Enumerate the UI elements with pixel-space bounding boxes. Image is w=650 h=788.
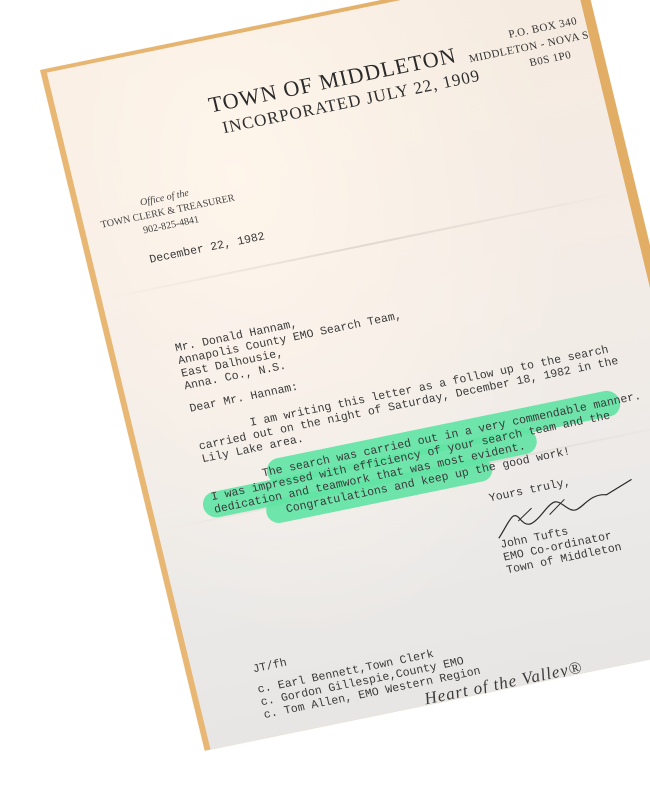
recipient-address: Mr. Donald Hannam,Annapolis County EMO S… xyxy=(174,297,409,393)
letter-photo: TOWN OF MIDDLETON INCORPORATED JULY 22, … xyxy=(40,0,650,751)
letter-paper: TOWN OF MIDDLETON INCORPORATED JULY 22, … xyxy=(47,0,650,750)
letterhead-address: P.O. BOX 340 MIDDLETON - NOVA SCOTIA B0S… xyxy=(458,3,636,84)
letter-date: December 22, 1982 xyxy=(148,230,266,266)
cc-block: JT/fhc. Earl Bennett,Town Clerkc. Gordon… xyxy=(251,619,481,722)
office-block: Office of the TOWN CLERK & TREASURER 902… xyxy=(90,177,247,248)
